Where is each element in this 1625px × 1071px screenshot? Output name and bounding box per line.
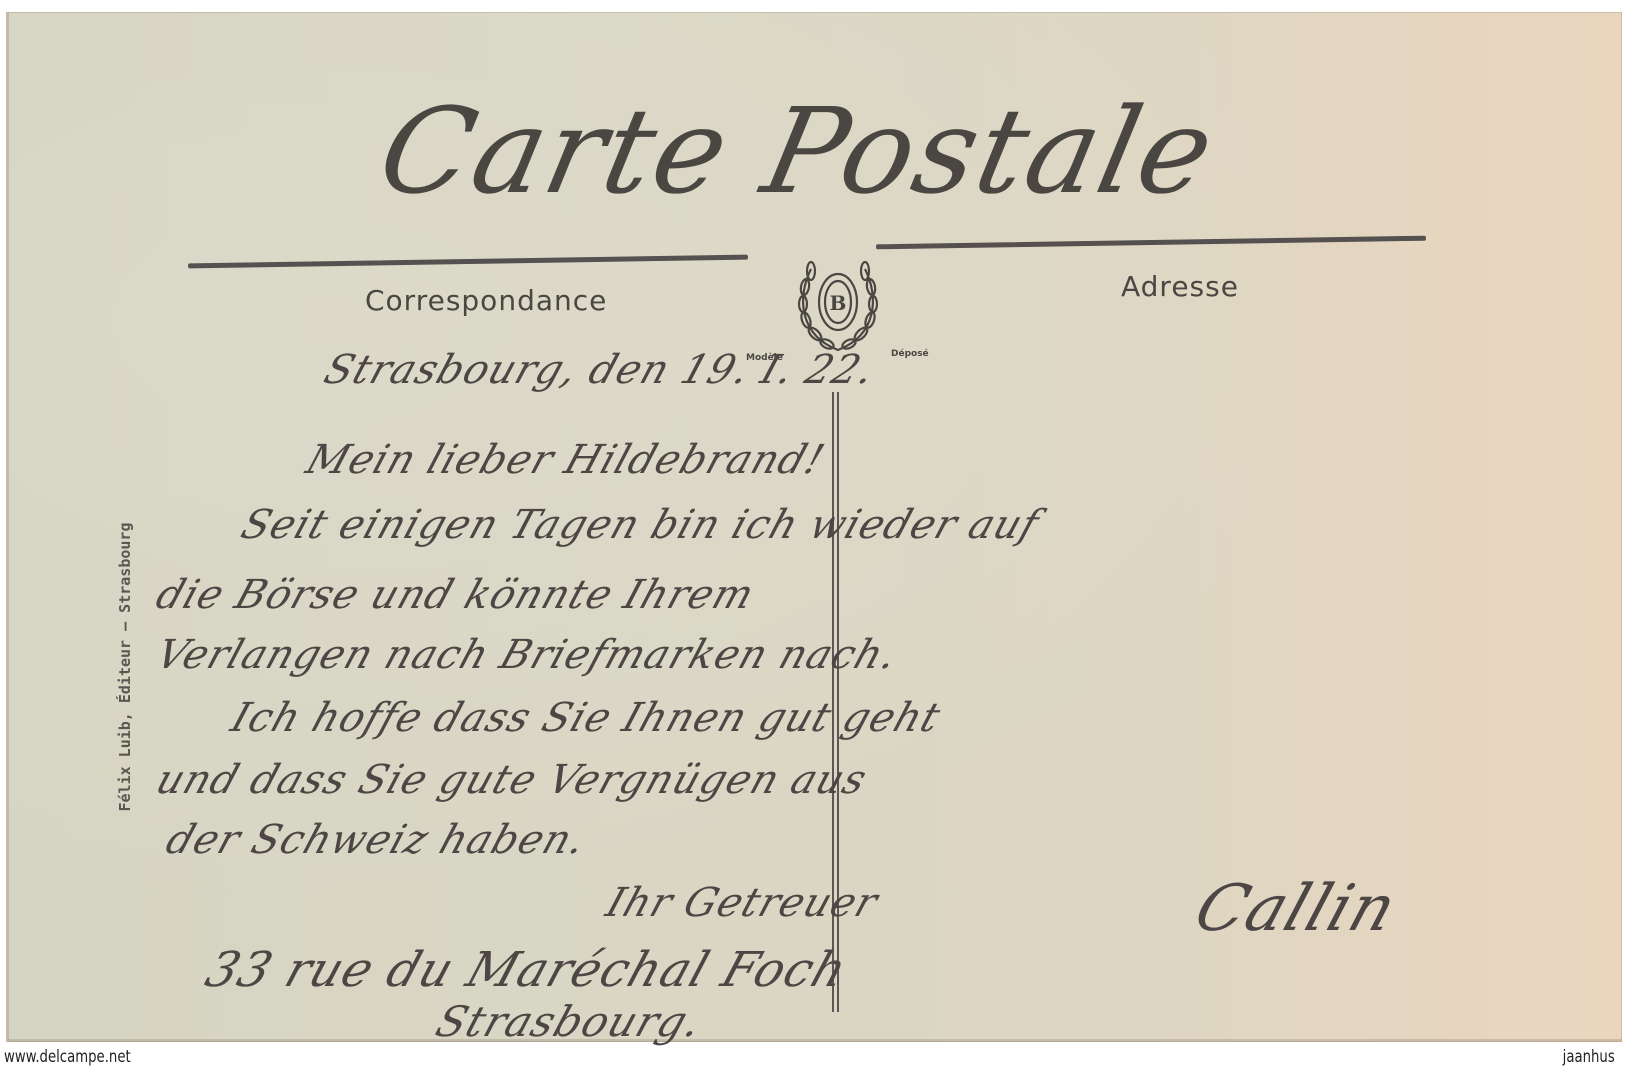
postcard-title: Carte Postale <box>368 82 1227 220</box>
watermark-site: www.delcampe.net <box>4 1047 131 1067</box>
handwritten-greeting: Mein lieber Hildebrand! <box>301 437 831 483</box>
laurel-wreath-monogram-icon: B <box>793 257 883 357</box>
header-rule-right <box>876 236 1426 250</box>
handwritten-body-line: die Börse und könnte Ihrem <box>151 572 761 618</box>
emblem-monogram: B <box>830 291 847 315</box>
handwritten-body-line: Ich hoffe dass Sie Ihnen gut geht <box>226 695 947 741</box>
address-label: Adresse <box>1121 270 1239 303</box>
header-rule-left <box>188 255 748 269</box>
emblem-caption-right: Déposé <box>891 349 929 359</box>
handwritten-date-line: Strasbourg, den 19. I. 22. <box>319 347 881 393</box>
postcard: Carte Postale Correspondance Adresse B M… <box>6 12 1622 1042</box>
handwritten-return-address-line: Strasbourg. <box>430 997 709 1046</box>
handwritten-return-address-line: 33 rue du Maréchal Foch <box>199 942 854 998</box>
watermark-seller: jaanhus <box>1563 1047 1615 1067</box>
handwritten-body-line: Verlangen nach Briefmarken nach. <box>151 632 904 678</box>
handwritten-body-line: der Schweiz haben. <box>161 817 592 863</box>
handwritten-closing: Ihr Getreuer <box>601 880 884 926</box>
publisher-imprint: Félix Luib, Éditeur — Strasbourg <box>116 417 134 917</box>
handwritten-signature: Callin <box>1186 872 1406 946</box>
correspondence-label: Correspondance <box>365 284 607 317</box>
handwritten-body-line: und dass Sie gute Vergnügen aus <box>151 757 873 803</box>
handwritten-body-line: Seit einigen Tagen bin ich wieder auf <box>236 502 1045 548</box>
